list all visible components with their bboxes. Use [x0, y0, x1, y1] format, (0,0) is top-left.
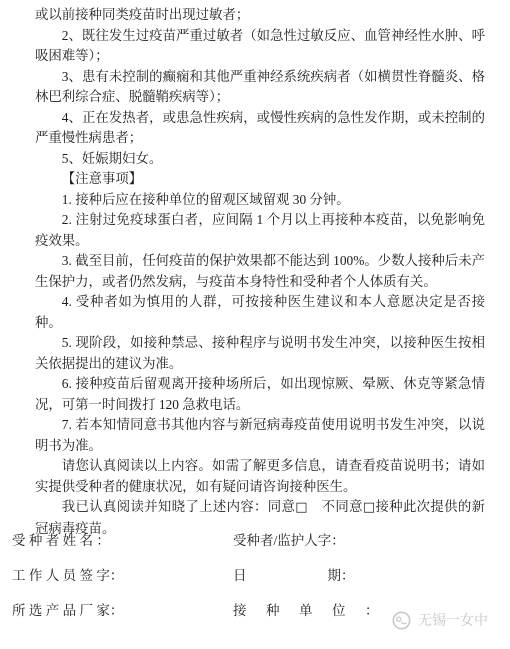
consent-prefix: 我已认真阅读并知晓了上述内容：同意: [62, 499, 295, 514]
watermark: 无锡一女中: [392, 610, 488, 630]
publisher-logo-icon: [392, 611, 411, 630]
staff-signature-label: 工 作 人 员 签 字：: [12, 564, 233, 584]
recipient-name-label: 受 种 者 姓 名 ：: [12, 529, 233, 549]
note-item-7: 7. 若本知情同意书其他内容与新冠病毒疫苗使用说明书发生冲突，以说明书为准。: [35, 415, 485, 456]
contraindication-continuation: 或以前接种同类疫苗时出现过敏者；: [35, 5, 485, 26]
note-item-6: 6. 接种疫苗后留观离开接种场所后，如出现惊厥、晕厥、休克等紧急情况，可第一时间…: [35, 374, 485, 415]
notes-section-heading: 【注意事项】: [35, 169, 485, 190]
recipient-guardian-signature-label: 受种者/监护人字：: [233, 529, 498, 549]
note-item-5: 5. 现阶段，如接种禁忌、接种程序与说明书发生冲突，以接种医生按相关依据提出的建…: [35, 333, 485, 374]
note-item-3: 3. 截至目前，任何疫苗的保护效果都不能达到 100%。少数人接种后未产生保护力…: [35, 251, 485, 292]
consent-middle: 不同意: [308, 499, 363, 514]
watermark-text: 无锡一女中: [418, 610, 488, 630]
contraindication-item-3: 3、患有未控制的癫痫和其他严重神经系统疾病者（如横贯性脊髓炎、格林巴利综合症、脱…: [35, 67, 485, 108]
contraindication-item-5: 5、妊娠期妇女。: [35, 149, 485, 170]
note-item-4: 4. 受种者如为慎用的人群，可按接种医生建议和本人意愿决定是否接种。: [35, 292, 485, 333]
contraindication-item-2: 2、既往发生过疫苗严重过敏者（如急性过敏反应、血管神经性水肿、呼吸困难等）；: [35, 26, 485, 67]
note-item-1: 1. 接种后应在接种单位的留观区域留观 30 分钟。: [35, 190, 485, 211]
form-body: 或以前接种同类疫苗时出现过敏者； 2、既往发生过疫苗严重过敏者（如急性过敏反应、…: [35, 5, 485, 539]
disagree-checkbox[interactable]: □: [363, 500, 376, 515]
agree-checkbox[interactable]: □: [295, 500, 308, 515]
date-label: 日 期：: [233, 564, 498, 584]
signature-row-staff: 工 作 人 员 签 字： 日 期：: [12, 556, 498, 591]
product-manufacturer-label: 所 选 产 品 厂 家：: [12, 599, 233, 619]
signature-row-recipient: 受 种 者 姓 名 ： 受种者/监护人字：: [12, 521, 498, 556]
contraindication-item-4: 4、正在发热者，或患急性疾病，或慢性疾病的急性发作期，或未控制的严重慢性病患者；: [35, 108, 485, 149]
vaccine-consent-form-page: 或以前接种同类疫苗时出现过敏者； 2、既往发生过疫苗严重过敏者（如急性过敏反应、…: [0, 0, 510, 649]
note-item-2: 2. 注射过免疫球蛋白者，应间隔 1 个月以上再接种本疫苗，以免影响免疫效果。: [35, 210, 485, 251]
read-carefully-notice: 请您认真阅读以上内容。如需了解更多信息，请查看疫苗说明书；请如实提供受种者的健康…: [35, 456, 485, 497]
